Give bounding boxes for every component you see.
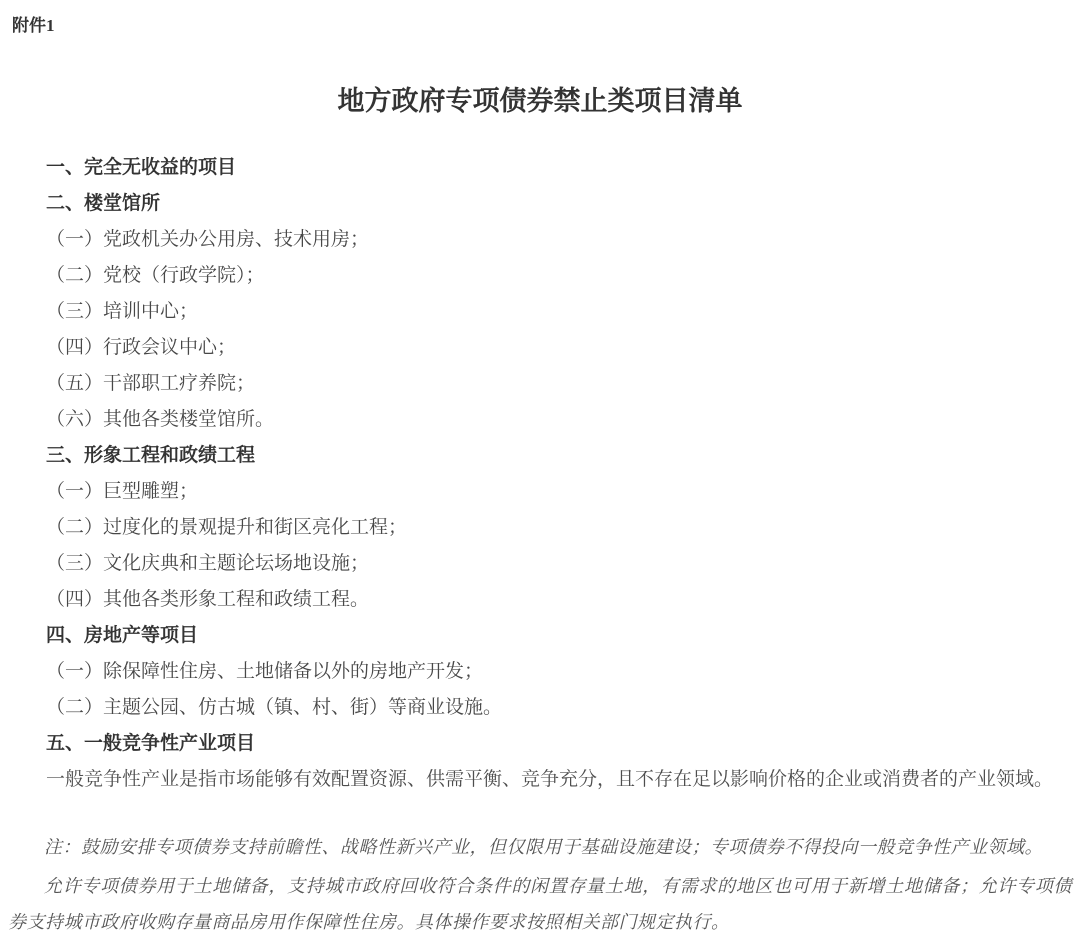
list-item: （二）过度化的景观提升和街区亮化工程； bbox=[46, 510, 1064, 546]
note-paragraph-2: 允许专项债券用于土地储备，支持城市政府回收符合条件的闲置存量土地，有需求的地区也… bbox=[8, 868, 1072, 940]
list-item: （三）文化庆典和主题论坛场地设施； bbox=[46, 546, 1064, 582]
list-item: （二）主题公园、仿古城（镇、村、街）等商业设施。 bbox=[46, 690, 1064, 726]
document-body: 一、完全无收益的项目二、楼堂馆所（一）党政机关办公用房、技术用房；（二）党校（行… bbox=[0, 150, 1080, 798]
explanation-text: 一般竞争性产业是指市场能够有效配置资源、供需平衡、竞争充分，且不存在足以影响价格… bbox=[46, 762, 1064, 798]
list-item: （一）巨型雕塑； bbox=[46, 474, 1064, 510]
document-page: 附件1 地方政府专项债券禁止类项目清单 一、完全无收益的项目二、楼堂馆所（一）党… bbox=[0, 0, 1080, 941]
section-heading: 一、完全无收益的项目 bbox=[46, 150, 1064, 186]
section-heading: 五、一般竞争性产业项目 bbox=[46, 726, 1064, 762]
section-heading: 三、形象工程和政绩工程 bbox=[46, 438, 1064, 474]
list-item: （五）干部职工疗养院； bbox=[46, 366, 1064, 402]
list-item: （一）党政机关办公用房、技术用房； bbox=[46, 222, 1064, 258]
list-item: （四）行政会议中心； bbox=[46, 330, 1064, 366]
list-item: （一）除保障性住房、土地储备以外的房地产开发； bbox=[46, 654, 1064, 690]
note-paragraph-1: 注：鼓励安排专项债券支持前瞻性、战略性新兴产业，但仅限用于基础设施建设；专项债券… bbox=[8, 828, 1072, 866]
list-item: （二）党校（行政学院）； bbox=[46, 258, 1064, 294]
document-title: 地方政府专项债券禁止类项目清单 bbox=[0, 84, 1080, 118]
list-item: （六）其他各类楼堂馆所。 bbox=[46, 402, 1064, 438]
section-heading: 二、楼堂馆所 bbox=[46, 186, 1064, 222]
list-item: （三）培训中心； bbox=[46, 294, 1064, 330]
notes-section: 注：鼓励安排专项债券支持前瞻性、战略性新兴产业，但仅限用于基础设施建设；专项债券… bbox=[8, 828, 1072, 940]
list-item: （四）其他各类形象工程和政绩工程。 bbox=[46, 582, 1064, 618]
section-heading: 四、房地产等项目 bbox=[46, 618, 1064, 654]
attachment-label: 附件1 bbox=[12, 14, 1080, 38]
